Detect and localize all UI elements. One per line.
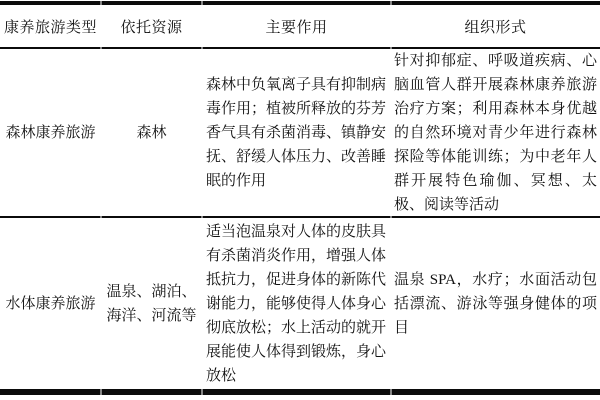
- water-effects-text: 适当泡温泉对人体的皮肤具有杀菌消炎作用，增强人体抵抗力，促进身体的新陈代谢能力，…: [202, 220, 391, 388]
- table-top-rule: [0, 1, 600, 5]
- header-label-organization: 组织形式: [464, 16, 526, 37]
- cell-water-type: 水体康养旅游: [0, 218, 101, 389]
- cell-forest-resource: 森林: [101, 49, 202, 216]
- column-tick: [100, 47, 102, 49]
- column-tick: [390, 216, 392, 218]
- water-organization-text: 温泉 SPA，水疗；水面活动包括漂流、游泳等强身健体的项目: [391, 268, 600, 340]
- cell-water-organization: 温泉 SPA，水疗；水面活动包括漂流、游泳等强身健体的项目: [391, 218, 600, 389]
- header-label-type: 康养旅游类型: [4, 16, 97, 37]
- table-row-rule: [0, 216, 600, 218]
- forest-organization-text: 针对抑郁症、呼吸道疾病、心脑血管人群开展森林康养旅游治疗方案；利用森林本身优越的…: [391, 49, 600, 217]
- header-cell-organization: 组织形式: [391, 5, 600, 47]
- column-tick: [201, 1, 203, 5]
- forest-type-text: 森林康养旅游: [1, 121, 99, 145]
- header-label-effects: 主要作用: [265, 16, 327, 37]
- column-tick: [201, 47, 203, 49]
- cell-water-effects: 适当泡温泉对人体的皮肤具有杀菌消炎作用，增强人体抵抗力，促进身体的新陈代谢能力，…: [202, 218, 391, 389]
- water-resource-text: 温泉、湖泊、海洋、河流等: [101, 280, 202, 328]
- table-row-water: 水体康养旅游 温泉、湖泊、海洋、河流等 适当泡温泉对人体的皮肤具有杀菌消炎作用，…: [0, 218, 600, 389]
- wellness-tourism-table: 康养旅游类型 依托资源 主要作用 组织形式 森林康养旅游 森林: [0, 1, 600, 395]
- column-tick: [201, 389, 203, 395]
- header-cell-resource: 依托资源: [101, 5, 202, 47]
- table-header-row: 康养旅游类型 依托资源 主要作用 组织形式: [0, 5, 600, 47]
- header-label-resource: 依托资源: [120, 16, 182, 37]
- forest-resource-text: 森林: [132, 121, 170, 145]
- column-tick: [100, 389, 102, 395]
- document-page: 康养旅游类型 依托资源 主要作用 组织形式 森林康养旅游 森林: [0, 0, 600, 400]
- table-bottom-rule: [0, 389, 600, 395]
- table-row-forest: 森林康养旅游 森林 森林中负氧离子具有抑制病毒作用；植被所释放的芬芳香气具有杀菌…: [0, 49, 600, 216]
- column-tick: [100, 216, 102, 218]
- column-tick: [390, 47, 392, 49]
- cell-forest-organization: 针对抑郁症、呼吸道疾病、心脑血管人群开展森林康养旅游治疗方案；利用森林本身优越的…: [391, 49, 600, 216]
- cell-forest-effects: 森林中负氧离子具有抑制病毒作用；植被所释放的芬芳香气具有杀菌消毒、镇静安抚、舒缓…: [202, 49, 391, 216]
- column-tick: [100, 1, 102, 5]
- forest-effects-text: 森林中负氧离子具有抑制病毒作用；植被所释放的芬芳香气具有杀菌消毒、镇静安抚、舒缓…: [202, 73, 391, 193]
- column-tick: [201, 216, 203, 218]
- column-tick: [390, 1, 392, 5]
- table-header-rule: [0, 47, 600, 49]
- cell-forest-type: 森林康养旅游: [0, 49, 101, 216]
- header-cell-effects: 主要作用: [202, 5, 391, 47]
- water-type-text: 水体康养旅游: [1, 292, 99, 316]
- cell-water-resource: 温泉、湖泊、海洋、河流等: [101, 218, 202, 389]
- column-tick: [390, 389, 392, 395]
- header-cell-type: 康养旅游类型: [0, 5, 101, 47]
